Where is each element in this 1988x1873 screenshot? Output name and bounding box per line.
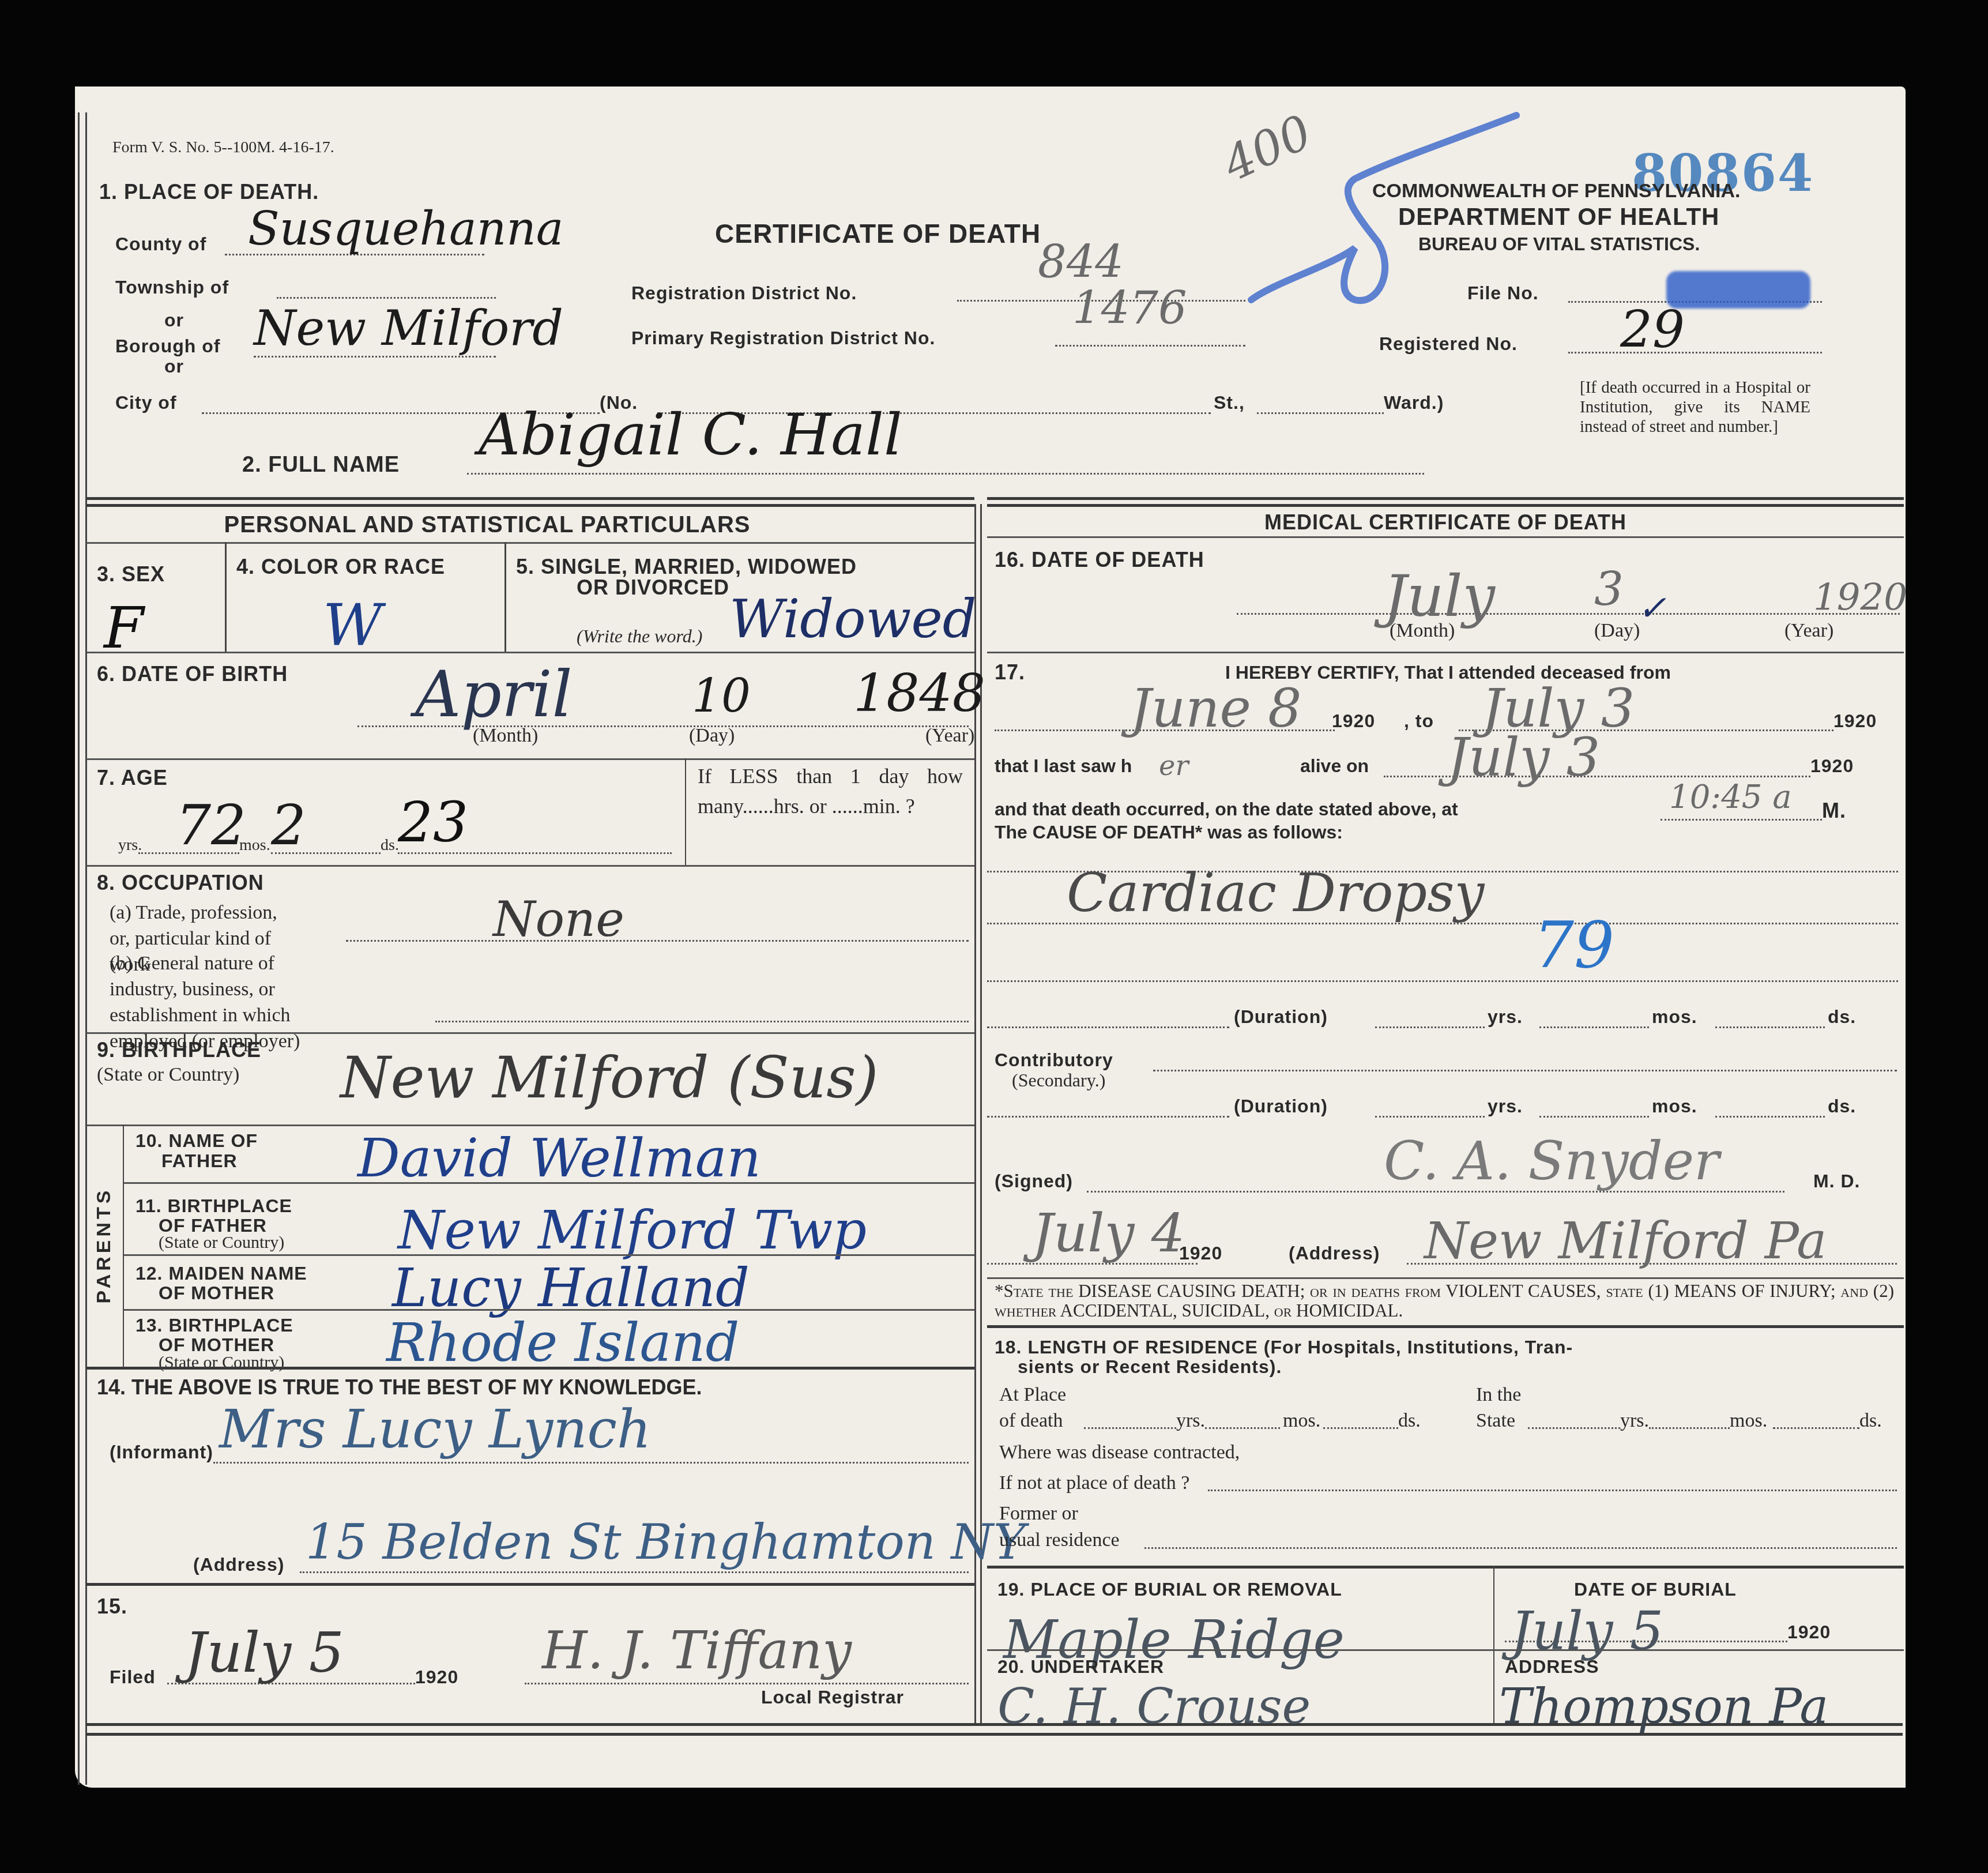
divider: [124, 1182, 974, 1184]
informant-address-line: [300, 1571, 969, 1573]
res-state-mos-line: [1649, 1427, 1730, 1429]
at-place-label: At Place: [999, 1384, 1066, 1406]
duration-ds-label: ds.: [1828, 1006, 1856, 1028]
place-of-death-label: 1. PLACE OF DEATH.: [99, 180, 319, 204]
registrar-label: Local Registrar: [761, 1687, 904, 1708]
registered-no-line: [1568, 352, 1822, 353]
divider: [987, 504, 1904, 507]
divider: [86, 1032, 974, 1034]
divider: [987, 1566, 1904, 1569]
duration-yrs-line-2: [1375, 1116, 1485, 1118]
father-label-2: FATHER: [161, 1150, 238, 1172]
age-months[interactable]: 2: [271, 793, 306, 857]
dob-year[interactable]: 1848: [853, 663, 985, 724]
attended-from[interactable]: June 8: [1130, 678, 1302, 739]
divider: [987, 497, 1904, 500]
divider: [987, 1277, 1904, 1279]
occupation-a-line: [346, 940, 969, 942]
county-value[interactable]: Susquehanna: [248, 202, 563, 255]
duration-mos-line: [1539, 1026, 1649, 1028]
duration-label-2: (Duration): [1234, 1096, 1328, 1117]
attended-to-year: 1920: [1833, 710, 1877, 732]
divider: [86, 1124, 974, 1126]
father-birthplace-sub: (State or Country): [159, 1233, 284, 1253]
dob-label: 6. DATE OF BIRTH: [97, 662, 288, 686]
res-place-mos-label: mos.: [1283, 1410, 1320, 1432]
burial-label: 19. PLACE OF BURIAL OR REMOVAL: [997, 1579, 1342, 1600]
divider: [86, 497, 974, 500]
filed-date[interactable]: July 5: [185, 1620, 344, 1685]
registrar-signature[interactable]: H. J. Tiffany: [542, 1620, 852, 1681]
marital-hint: (Write the word.): [577, 626, 702, 647]
md-label: M. D.: [1813, 1171, 1860, 1192]
knowledge-label: 14. THE ABOVE IS TRUE TO THE BEST OF MY …: [97, 1375, 702, 1400]
form-id: Form V. S. No. 5--100M. 4-16-17.: [112, 138, 334, 157]
age-days[interactable]: 23: [398, 790, 468, 855]
signed-address[interactable]: New Milford Pa: [1424, 1211, 1827, 1270]
duration-mos-line-2: [1539, 1116, 1649, 1118]
registered-no-label: Registered No.: [1379, 333, 1518, 355]
cause-line-2: [987, 923, 1898, 924]
informant-address[interactable]: 15 Belden St Binghamton NY: [306, 1514, 1026, 1570]
dod-day-caption: (Day): [1594, 620, 1640, 642]
personal-section-title: PERSONAL AND STATISTICAL PARTICULARS: [0, 512, 974, 538]
if-not-place-label: If not at place of death ?: [999, 1472, 1189, 1494]
death-time-value[interactable]: 10:45 a: [1669, 778, 1792, 816]
death-time-line: [1661, 819, 1822, 821]
burial-divider: [1493, 1566, 1494, 1723]
mother-birthplace-value[interactable]: Rhode Island: [386, 1312, 739, 1374]
registered-no-value[interactable]: 29: [1620, 300, 1685, 359]
hospital-note: [If death occurred in a Hospital or Inst…: [1580, 378, 1810, 437]
undertaker-address[interactable]: Thompson Pa: [1499, 1678, 1828, 1735]
divider: [86, 504, 974, 507]
filed-year: 1920: [415, 1667, 458, 1688]
res-place-yrs-line: [1084, 1427, 1176, 1429]
dob-month[interactable]: April: [415, 657, 573, 731]
burial-year: 1920: [1787, 1622, 1831, 1643]
duration-line-2: [987, 1116, 1229, 1118]
agency-line-3: BUREAU OF VITAL STATISTICS.: [1418, 234, 1700, 255]
dod-year-caption: (Year): [1784, 620, 1833, 642]
divider: [124, 1309, 974, 1311]
usual-residence-line: [1144, 1547, 1897, 1549]
res-state-ds-line: [1773, 1427, 1859, 1429]
birthplace-sub: (State or Country): [97, 1064, 239, 1086]
duration-ds-line: [1715, 1026, 1825, 1028]
day-caption: (Day): [689, 725, 735, 747]
certify-number: 17.: [995, 660, 1025, 684]
file-no-obscured: [1666, 271, 1810, 309]
occupation-label: 8. OCCUPATION: [97, 871, 264, 895]
res-place-ds-line: [1323, 1427, 1398, 1429]
undertaker-value[interactable]: C. H. Crouse: [997, 1678, 1311, 1735]
burial-date[interactable]: July 5: [1511, 1600, 1663, 1662]
res-place-mos-line: [1205, 1427, 1280, 1429]
divider: [86, 865, 974, 867]
informant-label: (Informant): [110, 1442, 213, 1463]
file-no-label: File No.: [1467, 283, 1539, 304]
left-border: [78, 112, 80, 1785]
occupation-a-value[interactable]: None: [493, 891, 624, 947]
res-state-yrs-label: yrs.: [1620, 1410, 1649, 1432]
res-place-ds-label: ds.: [1398, 1410, 1421, 1432]
last-saw-label: that I last saw h: [995, 755, 1132, 777]
filed-label: Filed: [110, 1667, 156, 1688]
dob-day[interactable]: 10: [692, 669, 751, 723]
township-label: Township of: [115, 277, 229, 298]
divider: [987, 652, 1904, 653]
medical-section-title: MEDICAL CERTIFICATE OF DEATH: [987, 510, 1904, 535]
to-label: , to: [1404, 710, 1434, 732]
duration-mos-label: mos.: [1652, 1006, 1697, 1028]
cell-divider: [225, 542, 227, 652]
state-label: State: [1476, 1410, 1515, 1432]
undertaker-label: 20. UNDERTAKER: [997, 1656, 1164, 1678]
divider: [124, 1254, 974, 1256]
ward-label: Ward.): [1384, 392, 1444, 413]
contributory-label: Contributory: [995, 1050, 1113, 1071]
cause-value[interactable]: Cardiac Dropsy: [1067, 862, 1484, 924]
cause-footnote: *State the DISEASE CAUSING DEATH; or in …: [995, 1281, 1894, 1321]
agency-line-2: DEPARTMENT OF HEALTH: [1398, 203, 1719, 231]
father-birthplace-label-1: 11. BIRTHPLACE: [135, 1195, 292, 1217]
duration-ds-line-2: [1715, 1116, 1825, 1118]
duration-label: (Duration): [1234, 1006, 1328, 1028]
disease-contracted-label: Where was disease contracted,: [999, 1442, 1240, 1464]
age-label: 7. AGE: [97, 766, 168, 790]
dod-label: 16. DATE OF DEATH: [995, 548, 1204, 572]
signed-year: 1920: [1179, 1243, 1222, 1264]
divider: [987, 536, 1904, 538]
cause-code: 79: [1534, 908, 1614, 982]
father-label-1: 10. NAME OF: [135, 1130, 258, 1152]
cell-divider: [685, 758, 686, 865]
contributory-line: [1153, 1070, 1897, 1071]
marital-value[interactable]: Widowed: [729, 588, 977, 650]
former-or-label: Former or: [999, 1503, 1078, 1525]
burial-date-label: DATE OF BURIAL: [1574, 1579, 1737, 1600]
residence-label-1: 18. LENGTH OF RESIDENCE (For Hospitals, …: [995, 1337, 1573, 1358]
residence-label-2: sients or Recent Residents).: [1018, 1356, 1282, 1378]
signed-address-label: (Address): [1289, 1243, 1380, 1264]
res-state-mos-label: mos.: [1730, 1410, 1767, 1432]
undertaker-address-label: ADDRESS: [1505, 1656, 1599, 1678]
res-state-yrs-line: [1528, 1427, 1620, 1429]
filed-number: 15.: [97, 1594, 127, 1619]
dod-line: [1237, 613, 1900, 615]
signed-label: (Signed): [995, 1171, 1073, 1192]
informant-line: [213, 1462, 969, 1464]
race-label: 4. COLOR OR RACE: [236, 555, 445, 579]
res-state-ds-label: ds.: [1859, 1410, 1882, 1432]
physician-signature[interactable]: C. A. Snyder: [1384, 1130, 1719, 1192]
full-name-line: [467, 473, 1424, 475]
informant-address-label: (Address): [193, 1554, 284, 1575]
usual-residence-label: usual residence: [999, 1529, 1120, 1551]
duration-mos-label-2: mos.: [1652, 1096, 1697, 1117]
attended-from-year: 1920: [1332, 710, 1375, 732]
primary-district-value[interactable]: 1476: [1072, 283, 1187, 334]
dod-year[interactable]: 1920: [1813, 577, 1907, 619]
mother-label-1: 12. MAIDEN NAME: [135, 1263, 307, 1284]
duration-ds-label-2: ds.: [1828, 1096, 1856, 1117]
duration-yrs-label: yrs.: [1488, 1006, 1523, 1028]
marital-label-2: OR DIVORCED: [577, 576, 729, 600]
mos-label: mos.: [239, 836, 270, 855]
divider: [86, 652, 974, 653]
age-years[interactable]: 72: [176, 793, 246, 857]
city-label: City of: [115, 392, 177, 413]
borough-value[interactable]: New Milford: [254, 300, 563, 356]
alive-on-value[interactable]: July 3: [1447, 727, 1600, 788]
of-death-label: of death: [999, 1410, 1063, 1432]
secondary-label: (Secondary.): [1012, 1070, 1105, 1091]
birthplace-label: 9. BIRTHPLACE: [97, 1038, 261, 1062]
or-label: or: [164, 310, 184, 331]
agency-line-1: COMMONWEALTH OF PENNSYLVANIA.: [1372, 180, 1740, 202]
cause-label: The CAUSE OF DEATH* was as follows:: [995, 822, 1343, 843]
divider: [86, 542, 974, 544]
dod-month-caption: (Month): [1390, 620, 1455, 642]
res-place-yrs-label: yrs.: [1176, 1410, 1205, 1432]
m-label: M.: [1822, 799, 1846, 823]
duration-yrs-label-2: yrs.: [1488, 1096, 1523, 1117]
signed-date[interactable]: July 4: [1032, 1202, 1185, 1264]
registration-district-label: Registration District No.: [631, 283, 857, 304]
divider: [86, 1583, 974, 1586]
parents-label: PARENTS: [93, 1187, 115, 1304]
mother-birthplace-label-1: 13. BIRTHPLACE: [135, 1315, 293, 1336]
duration-line: [987, 1026, 1229, 1028]
month-caption: (Month): [473, 725, 538, 747]
year-caption: (Year): [925, 725, 974, 747]
registration-district-value[interactable]: 844: [1038, 236, 1124, 288]
last-saw-suffix[interactable]: er: [1159, 750, 1188, 782]
parents-divider: [123, 1124, 124, 1367]
birthplace-value[interactable]: New Milford (Sus): [340, 1044, 879, 1111]
full-name-label: 2. FULL NAME: [242, 453, 400, 477]
primary-district-label: Primary Registration District No.: [631, 328, 935, 349]
divider: [987, 1649, 1904, 1651]
disease-contracted-line: [1208, 1490, 1897, 1491]
sex-label: 3. SEX: [97, 562, 165, 586]
race-value[interactable]: W: [323, 591, 382, 659]
divider: [987, 1325, 1904, 1328]
father-birthplace-value[interactable]: New Milford Twp: [398, 1199, 867, 1261]
dod-day[interactable]: 3: [1594, 562, 1624, 616]
left-border-inner: [85, 112, 87, 1785]
township-line: [277, 297, 496, 299]
primary-district-line: [1055, 345, 1245, 347]
father-value[interactable]: David Wellman: [357, 1127, 761, 1189]
duration-yrs-line: [1375, 1026, 1485, 1028]
alive-on-label: alive on: [1300, 755, 1369, 777]
in-the-label: In the: [1476, 1384, 1521, 1406]
full-name-value[interactable]: Abigail C. Hall: [479, 401, 902, 468]
certificate-title: CERTIFICATE OF DEATH: [715, 218, 1041, 249]
occupation-b-line: [435, 1021, 969, 1022]
informant-value[interactable]: Mrs Lucy Lynch: [219, 1398, 651, 1460]
alive-on-year: 1920: [1810, 755, 1854, 777]
divider: [86, 1367, 974, 1370]
ward-line: [1257, 412, 1384, 414]
death-time-label: and that death occurred, on the date sta…: [995, 799, 1458, 820]
cause-line-3: [987, 980, 1898, 982]
county-label: County of: [115, 234, 206, 255]
registrar-line: [525, 1683, 969, 1684]
mother-label-2: OF MOTHER: [159, 1282, 274, 1304]
less-than-day-note: If LESS than 1 day how many......hrs. or…: [698, 761, 963, 821]
street-label: St.,: [1214, 392, 1245, 413]
dod-checkmark: ✓: [1637, 588, 1666, 629]
borough-label: Borough of: [115, 336, 220, 357]
divider: [86, 758, 974, 760]
or-label-2: or: [164, 356, 184, 377]
ds-label: ds.: [381, 836, 399, 855]
cell-divider: [504, 542, 506, 652]
